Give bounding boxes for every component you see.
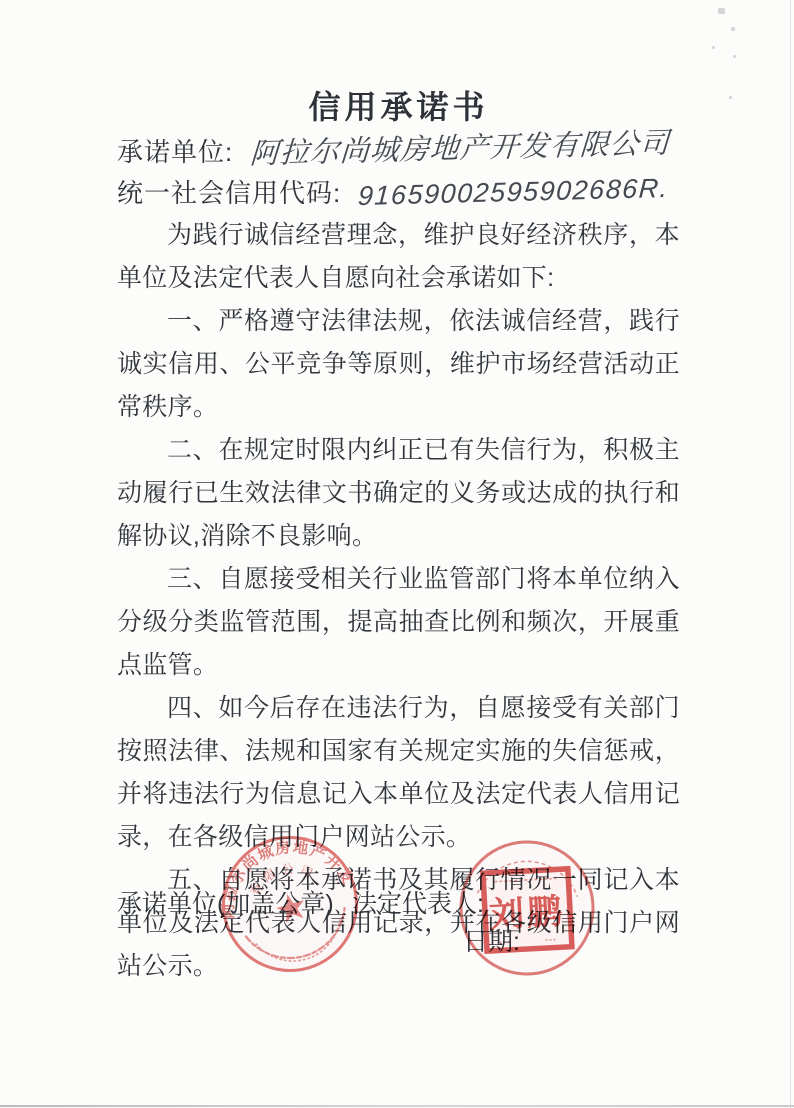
scan-speck bbox=[731, 27, 735, 31]
company-seal-stamp: 阿拉尔尚城房地产开发 有限公司 ★ bbox=[214, 828, 366, 980]
scan-speck bbox=[733, 55, 736, 58]
scanned-document-page: 信用承诺书 承诺单位: 阿拉尔尚城房地产开发有限公司 统一社会信用代码: 916… bbox=[0, 0, 794, 1108]
paragraph-item-1: 一、严格遵守法律法规，依法诚信经营，践行诚实信用、公平竞争等原则，维护市场经营活… bbox=[117, 300, 680, 429]
promising-unit-handwritten-value: 阿拉尔尚城房地产开发有限公司 bbox=[249, 120, 671, 172]
scan-bottom-edge bbox=[0, 1105, 794, 1107]
paragraph-item-3: 三、自愿接受相关行业监管部门将本单位纳入分级分类监管范围，提高抽查比例和频次，开… bbox=[117, 558, 680, 687]
scan-speck bbox=[712, 46, 715, 49]
scan-right-edge bbox=[790, 0, 792, 1108]
scan-speck bbox=[718, 8, 725, 14]
uscc-code-label: 统一社会信用代码: bbox=[117, 178, 341, 208]
field-promising-unit: 承诺单位: 阿拉尔尚城房地产开发有限公司 bbox=[117, 129, 670, 170]
legal-rep-name-seal-stamp: 刘鹏 bbox=[452, 833, 602, 983]
uscc-code-handwritten-value: 91659002595902686R. bbox=[357, 173, 670, 212]
document-title: 信用承诺书 bbox=[117, 82, 680, 128]
promising-unit-label: 承诺单位: bbox=[117, 137, 233, 167]
paragraph-intro: 为践行诚信经营理念，维护良好经济秩序，本单位及法定代表人自愿向社会承诺如下: bbox=[117, 214, 680, 300]
scan-speck bbox=[729, 96, 732, 99]
field-uscc-code: 统一社会信用代码: 91659002595902686R. bbox=[117, 173, 668, 210]
paragraph-item-2: 二、在规定时限内纠正已有失信行为，积极主动履行已生效法律文书确定的义务或达成的执… bbox=[117, 429, 680, 558]
name-seal-name-text: 刘鹏 bbox=[488, 892, 566, 935]
